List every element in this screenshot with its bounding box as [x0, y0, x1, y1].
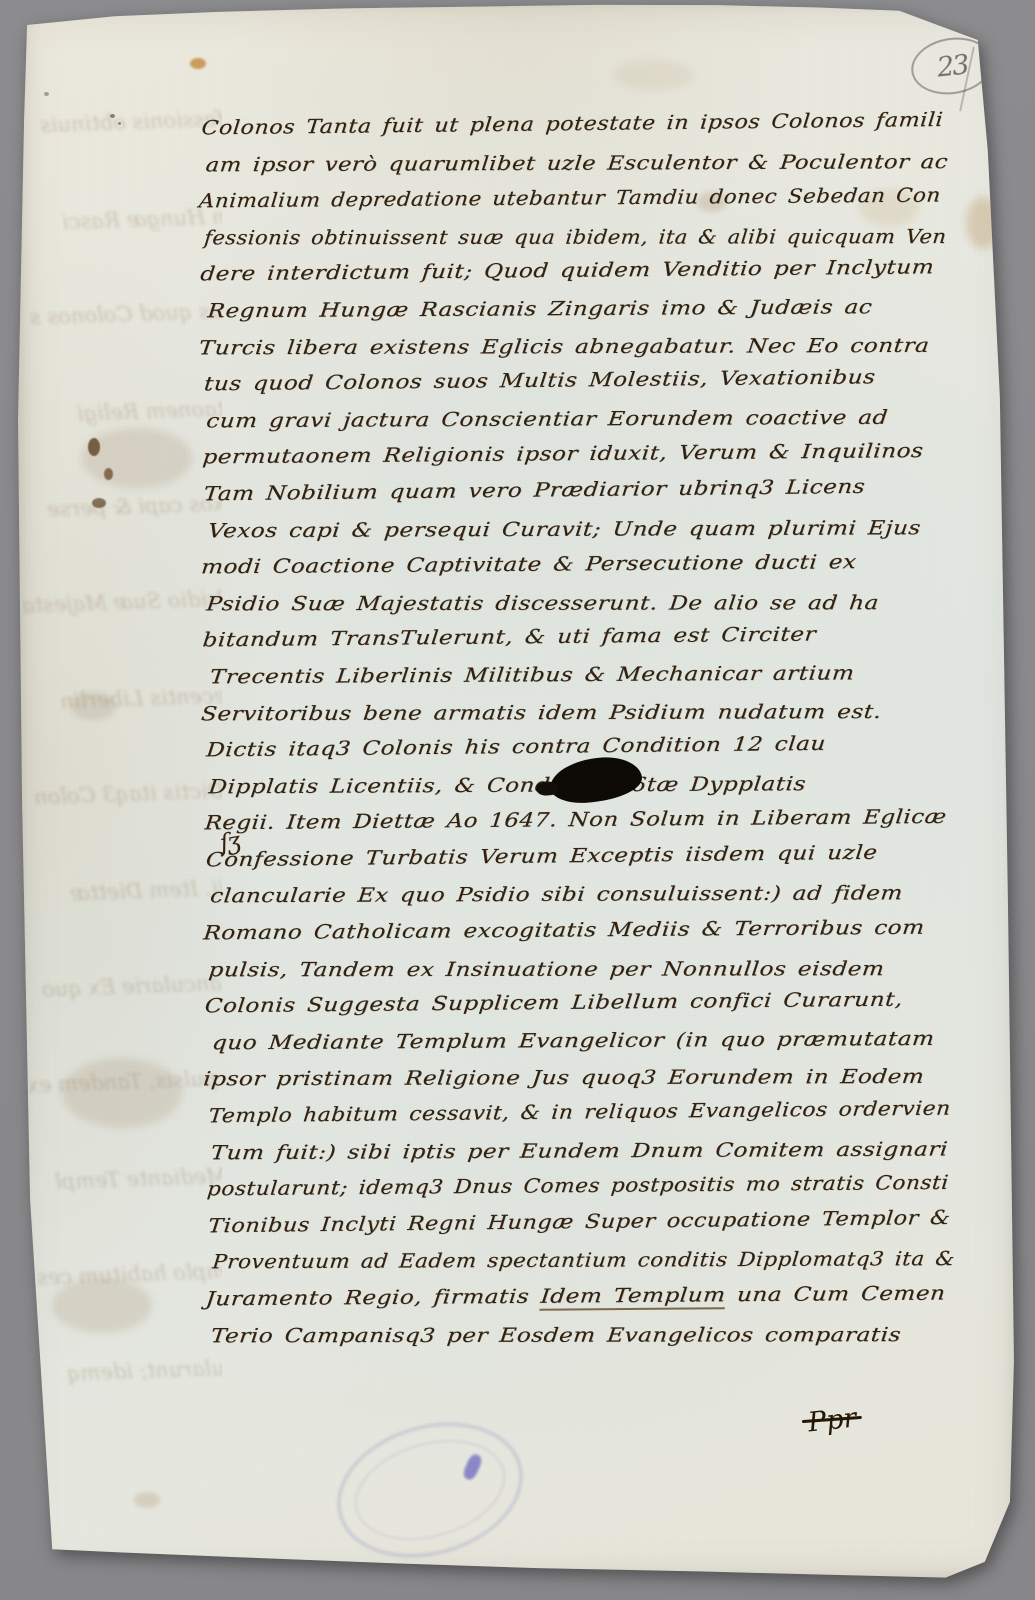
smudge: [966, 197, 1000, 249]
scan-backdrop: fessionis obtinuisRegnum Hungæ Rascitus …: [0, 0, 1035, 1600]
verso-bleedthrough: fessionis obtinuisRegnum Hungæ Rascitus …: [22, 98, 222, 1498]
manuscript-line: Terio Campanisq3 per Eosdem Evangelicos …: [211, 1319, 971, 1360]
bleedthrough-fragment: quo Mediante Templ: [55, 1162, 222, 1194]
manuscript-line: Trecentis Liberlinis Militibus & Mechani…: [210, 661, 967, 702]
bleedthrough-fragment: clancularie Ex quo: [42, 971, 222, 1002]
manuscript-line: Regnum Hungæ Rascianis Zingaris imo & Ju…: [207, 295, 964, 336]
bleedthrough-fragment: fessionis obtinuis: [40, 107, 222, 137]
bleedthrough-fragment: tus quod Colonos s: [30, 298, 222, 329]
folio-number-badge: 23: [907, 32, 997, 100]
bleedthrough-fragment: postularunt; idemq: [67, 1354, 222, 1385]
bleedthrough-smudge: [52, 1278, 152, 1333]
bleedthrough-fragment: Dictis itaq3 Colon: [34, 779, 222, 810]
manuscript-line: Tionibus Inclyti Regni Hungæ Super occup…: [208, 1209, 970, 1250]
text-block: Colonos Tanta fuit ut plena potestate in…: [201, 112, 971, 1361]
bleedthrough-fragment: Regii. Item Diettæ: [70, 875, 222, 906]
bleedthrough-fragment: pulsis, Tandem ex: [27, 1067, 218, 1098]
manuscript-page: fessionis obtinuisRegnum Hungæ Rascitus …: [14, 2, 1020, 1584]
manuscript-line: dere interdictum fuit; Quod quidem Vendi…: [200, 258, 964, 299]
foxing-spot: [92, 498, 106, 508]
manuscript-line: Proventuum ad Eadem spectantium conditis…: [212, 1246, 970, 1287]
bleedthrough-smudge: [82, 428, 192, 488]
manuscript-line: Romano Catholicam excogitatis Mediis & T…: [203, 917, 968, 958]
bleedthrough-smudge: [62, 1058, 182, 1128]
manuscript-line: Confessione Turbatis Verum Exceptis iisd…: [206, 844, 968, 885]
underlined-phrase: Idem Templum: [539, 1283, 726, 1310]
foxing-spot: [104, 468, 113, 480]
bleedthrough-fragment: Vexos capi & perse: [47, 490, 222, 521]
manuscript-line: quo Mediante Templum Evangelicor (in quo…: [212, 1027, 969, 1068]
manuscript-line: Psidio Suæ Majestatis discesserunt. De a…: [206, 587, 966, 628]
manuscript-line: Templo habitum cessavit, & in reliquos E…: [208, 1100, 969, 1141]
manuscript-line: clancularie Ex quo Psidio sibi consuluis…: [210, 880, 968, 921]
smudge: [70, 692, 116, 720]
foxing-spot: [190, 58, 206, 69]
manuscript-line: Colonis Suggesta Supplicem Libellum conf…: [205, 990, 969, 1031]
manuscript-line: Servitoribus bene armatis idem Psidium n…: [201, 697, 967, 738]
folio-number: 23: [935, 49, 968, 83]
bleedthrough-fragment: permutaonem Religi: [77, 394, 222, 426]
manuscript-line: tus quod Colonos suos Multis Molestiis, …: [204, 368, 965, 409]
ink-speck: [44, 92, 49, 96]
manuscript-line: Juramento Regio, firmatis Idem Templum u…: [205, 1283, 970, 1324]
bleedthrough-fragment: Templo habitum ces: [37, 1258, 222, 1289]
ink-speck: [118, 122, 121, 125]
bleedthrough-fragment: Trecentis Liberlin: [60, 683, 222, 714]
foxing-spot: [88, 438, 100, 456]
archival-stamp-icon: [321, 1401, 539, 1578]
manuscript-line: Colonos Tanta fuit ut plena potestate in…: [201, 112, 963, 153]
bleedthrough-fragment: Psidio Suæ Majesta: [22, 586, 222, 617]
manuscript-line: Tam Nobilium quam vero Prædiarior ubrinq…: [203, 478, 965, 519]
manuscript-line: bitandum TransTulerunt, & uti fama est C…: [202, 624, 966, 665]
foxing-spot: [134, 1492, 160, 1508]
smudge: [614, 60, 694, 90]
manuscript-line: Animalium depredatione utebantur Tamdiu …: [199, 185, 964, 226]
manuscript-line: modi Coactione Captivitate & Persecution…: [201, 551, 966, 592]
ink-speck: [110, 114, 115, 118]
struck-catchword: Ppr: [807, 1403, 858, 1439]
